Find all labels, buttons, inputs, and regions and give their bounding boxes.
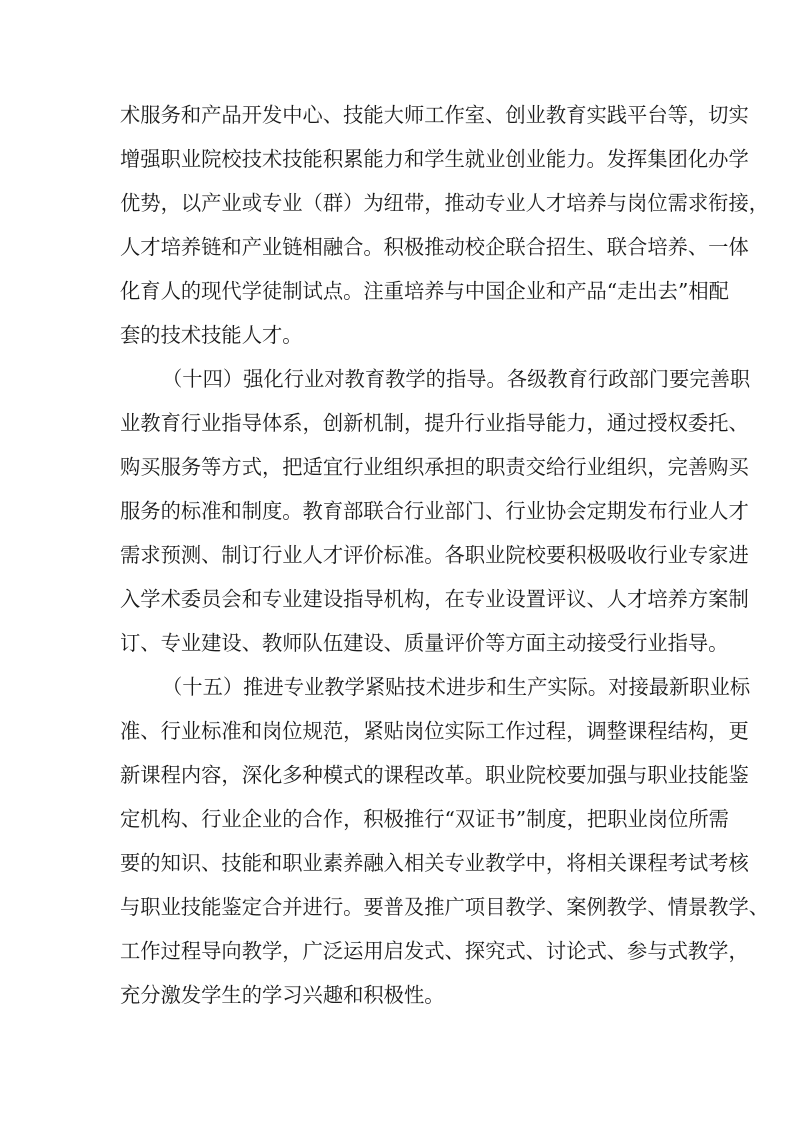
- text-line: 优势，以产业或专业（群）为纽带，推动专业人才培养与岗位需求衔接，: [120, 181, 673, 225]
- paragraph-section-14: （十四）强化行业对教育教学的指导。各级教育行政部门要完善职 业教育行业指导体系，…: [120, 357, 673, 665]
- document-page: 术服务和产品开发中心、技能大师工作室、创业教育实践平台等，切实 增强职业院校技术…: [120, 93, 673, 1017]
- text-line: 业教育行业指导体系，创新机制，提升行业指导能力，通过授权委托、: [120, 401, 673, 445]
- section-heading-line: （十四）强化行业对教育教学的指导。各级教育行政部门要完善职: [120, 357, 673, 401]
- text-line: 术服务和产品开发中心、技能大师工作室、创业教育实践平台等，切实: [120, 93, 673, 137]
- text-line: 服务的标准和制度。教育部联合行业部门、行业协会定期发布行业人才: [120, 489, 673, 533]
- text-line: 人才培养链和产业链相融合。积极推动校企联合招生、联合培养、一体: [120, 225, 673, 269]
- section-heading-line: （十五）推进专业教学紧贴技术进步和生产实际。对接最新职业标: [120, 665, 673, 709]
- text-line: 需求预测、制订行业人才评价标准。各职业院校要积极吸收行业专家进: [120, 533, 673, 577]
- text-line: 准、行业标准和岗位规范，紧贴岗位实际工作过程，调整课程结构，更: [120, 709, 673, 753]
- text-line: 与职业技能鉴定合并进行。要普及推广项目教学、案例教学、情景教学、: [120, 885, 673, 929]
- text-line: 化育人的现代学徒制试点。注重培养与中国企业和产品“走出去”相配: [120, 269, 673, 313]
- paragraph-continuation: 术服务和产品开发中心、技能大师工作室、创业教育实践平台等，切实 增强职业院校技术…: [120, 93, 673, 357]
- text-line: 入学术委员会和专业建设指导机构，在专业设置评议、人才培养方案制: [120, 577, 673, 621]
- text-line: 定机构、行业企业的合作，积极推行“双证书”制度，把职业岗位所需: [120, 797, 673, 841]
- text-line: 充分激发学生的学习兴趣和积极性。: [120, 973, 673, 1017]
- text-line: 套的技术技能人才。: [120, 313, 673, 357]
- text-line: 新课程内容，深化多种模式的课程改革。职业院校要加强与职业技能鉴: [120, 753, 673, 797]
- text-line: 购买服务等方式，把适宜行业组织承担的职责交给行业组织，完善购买: [120, 445, 673, 489]
- paragraph-section-15: （十五）推进专业教学紧贴技术进步和生产实际。对接最新职业标 准、行业标准和岗位规…: [120, 665, 673, 1017]
- text-line: 订、专业建设、教师队伍建设、质量评价等方面主动接受行业指导。: [120, 621, 673, 665]
- text-line: 增强职业院校技术技能积累能力和学生就业创业能力。发挥集团化办学: [120, 137, 673, 181]
- text-line: 要的知识、技能和职业素养融入相关专业教学中，将相关课程考试考核: [120, 841, 673, 885]
- text-line: 工作过程导向教学，广泛运用启发式、探究式、讨论式、参与式教学，: [120, 929, 673, 973]
